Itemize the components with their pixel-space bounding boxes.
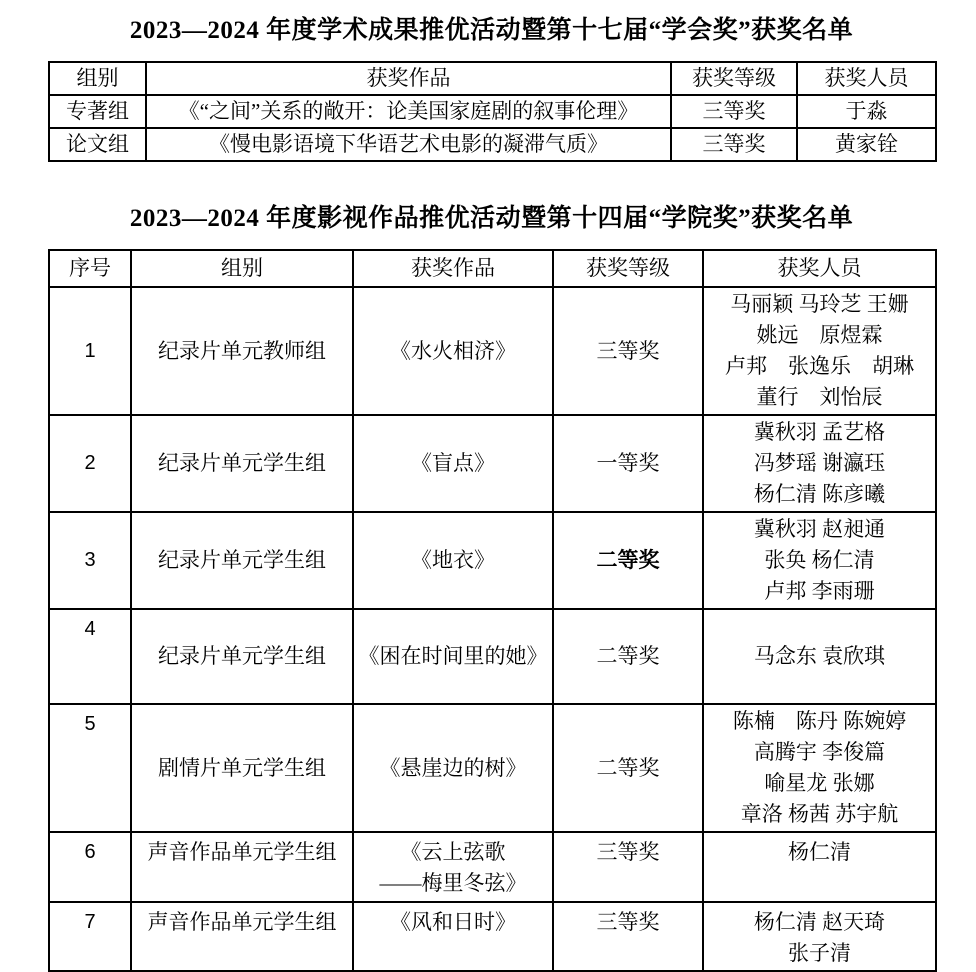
header-winners: 获奖人员	[703, 250, 936, 287]
cell-group: 纪录片单元学生组	[131, 415, 353, 512]
header-group: 组别	[49, 62, 146, 95]
cell-award: 三等奖	[671, 95, 797, 128]
academy-award-table: 序号 组别 获奖作品 获奖等级 获奖人员 1 纪录片单元教师组 《水火相济》 三…	[48, 249, 937, 972]
cell-no: 6	[49, 832, 131, 902]
document-page: 2023—2024 年度学术成果推优活动暨第十七届“学会奖”获奖名单 组别 获奖…	[0, 0, 976, 972]
table-row: 专著组 《“之间”关系的敞开：论美国家庭剧的叙事伦理》 三等奖 于淼	[49, 95, 936, 128]
cell-no: 4	[49, 609, 131, 704]
header-winners: 获奖人员	[797, 62, 936, 95]
cell-no: 2	[49, 415, 131, 512]
cell-award: 三等奖	[553, 832, 703, 902]
header-group: 组别	[131, 250, 353, 287]
table-row: 3 纪录片单元学生组 《地衣》 二等奖 冀秋羽 赵昶通 张奂 杨仁清 卢邦 李雨…	[49, 512, 936, 609]
cell-work: 《慢电影语境下华语艺术电影的凝滞气质》	[146, 128, 671, 161]
cell-work: 《盲点》	[353, 415, 553, 512]
header-no: 序号	[49, 250, 131, 287]
cell-work: 《云上弦歌 ——梅里冬弦》	[353, 832, 553, 902]
table-row: 6 声音作品单元学生组 《云上弦歌 ——梅里冬弦》 三等奖 杨仁清	[49, 832, 936, 902]
header-award: 获奖等级	[671, 62, 797, 95]
society-award-table: 组别 获奖作品 获奖等级 获奖人员 专著组 《“之间”关系的敞开：论美国家庭剧的…	[48, 61, 937, 162]
cell-award: 二等奖	[553, 512, 703, 609]
cell-work: 《困在时间里的她》	[353, 609, 553, 704]
cell-work: 《水火相济》	[353, 287, 553, 415]
cell-group: 纪录片单元教师组	[131, 287, 353, 415]
cell-work: 《地衣》	[353, 512, 553, 609]
cell-no: 5	[49, 704, 131, 832]
header-work: 获奖作品	[353, 250, 553, 287]
cell-group: 声音作品单元学生组	[131, 832, 353, 902]
cell-winners: 杨仁清	[703, 832, 936, 902]
cell-winners: 黄家铨	[797, 128, 936, 161]
cell-work: 《风和日时》	[353, 902, 553, 971]
cell-group: 纪录片单元学生组	[131, 609, 353, 704]
cell-award: 三等奖	[553, 287, 703, 415]
cell-winners: 陈楠 陈丹 陈婉婷 高腾宇 李俊篇 喻星龙 张娜 章洛 杨茜 苏宇航	[703, 704, 936, 832]
cell-group: 论文组	[49, 128, 146, 161]
table-row: 论文组 《慢电影语境下华语艺术电影的凝滞气质》 三等奖 黄家铨	[49, 128, 936, 161]
cell-winners: 于淼	[797, 95, 936, 128]
table-header-row: 组别 获奖作品 获奖等级 获奖人员	[49, 62, 936, 95]
cell-work: 《“之间”关系的敞开：论美国家庭剧的叙事伦理》	[146, 95, 671, 128]
cell-award: 三等奖	[671, 128, 797, 161]
cell-work: 《悬崖边的树》	[353, 704, 553, 832]
cell-no: 7	[49, 902, 131, 971]
cell-award: 一等奖	[553, 415, 703, 512]
cell-group: 声音作品单元学生组	[131, 902, 353, 971]
cell-award: 二等奖	[553, 609, 703, 704]
cell-group: 剧情片单元学生组	[131, 704, 353, 832]
society-award-title: 2023—2024 年度学术成果推优活动暨第十七届“学会奖”获奖名单	[48, 16, 935, 46]
cell-group: 专著组	[49, 95, 146, 128]
table-row: 4 纪录片单元学生组 《困在时间里的她》 二等奖 马念东 袁欣琪	[49, 609, 936, 704]
cell-winners: 冀秋羽 赵昶通 张奂 杨仁清 卢邦 李雨珊	[703, 512, 936, 609]
table-row: 1 纪录片单元教师组 《水火相济》 三等奖 马丽颖 马玲芝 王姗 姚远 原煜霖 …	[49, 287, 936, 415]
table-row: 2 纪录片单元学生组 《盲点》 一等奖 冀秋羽 孟艺格 冯梦瑶 谢瀛珏 杨仁清 …	[49, 415, 936, 512]
cell-winners: 马丽颖 马玲芝 王姗 姚远 原煜霖 卢邦 张逸乐 胡琳 董行 刘怡辰	[703, 287, 936, 415]
header-award: 获奖等级	[553, 250, 703, 287]
cell-no: 3	[49, 512, 131, 609]
table-header-row: 序号 组别 获奖作品 获奖等级 获奖人员	[49, 250, 936, 287]
table-row: 5 剧情片单元学生组 《悬崖边的树》 二等奖 陈楠 陈丹 陈婉婷 高腾宇 李俊篇…	[49, 704, 936, 832]
cell-winners: 杨仁清 赵天琦 张子清	[703, 902, 936, 971]
cell-winners: 冀秋羽 孟艺格 冯梦瑶 谢瀛珏 杨仁清 陈彦曦	[703, 415, 936, 512]
cell-no: 1	[49, 287, 131, 415]
table-row: 7 声音作品单元学生组 《风和日时》 三等奖 杨仁清 赵天琦 张子清	[49, 902, 936, 971]
cell-award: 三等奖	[553, 902, 703, 971]
header-work: 获奖作品	[146, 62, 671, 95]
cell-group: 纪录片单元学生组	[131, 512, 353, 609]
academy-award-title: 2023—2024 年度影视作品推优活动暨第十四届“学院奖”获奖名单	[48, 204, 935, 234]
cell-winners: 马念东 袁欣琪	[703, 609, 936, 704]
cell-award: 二等奖	[553, 704, 703, 832]
